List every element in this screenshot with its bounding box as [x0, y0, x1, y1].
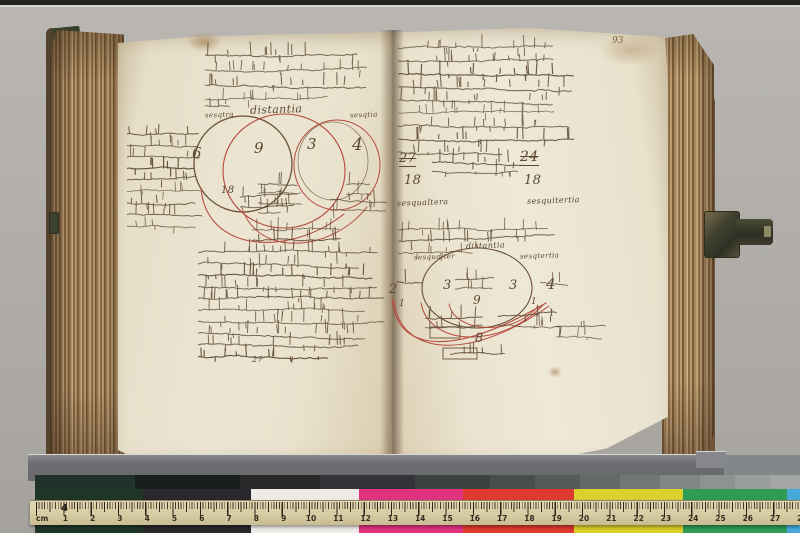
manuscript-label: 4 — [352, 137, 363, 154]
ruler-number: 3 — [117, 514, 122, 523]
grayscale-step — [415, 475, 490, 489]
ruler-number: 12 — [360, 514, 370, 523]
manuscript-label: 27 — [252, 356, 263, 364]
ruler-number: 6 — [199, 514, 204, 523]
manuscript-label: 18 — [404, 174, 421, 187]
ruler-number: 9 — [281, 514, 286, 523]
manuscript-label: sesqtia — [350, 112, 378, 120]
grayscale-step — [35, 475, 135, 489]
grayscale-step — [535, 475, 580, 489]
ruler-unit-label: cm — [36, 514, 48, 523]
grayscale-step — [490, 475, 535, 489]
grayscale-step — [135, 475, 240, 489]
grayscale-step — [620, 475, 660, 489]
metal-clasp — [704, 211, 740, 258]
ruler-number: 8 — [254, 514, 259, 523]
manuscript-label: 27 — [399, 152, 416, 167]
grayscale-step — [735, 475, 770, 489]
manuscript-label: 9 — [473, 294, 481, 306]
manuscript-label: 24 — [520, 150, 539, 166]
page-stain — [598, 34, 662, 66]
grayscale-step — [580, 475, 620, 489]
ruler-number: 24 — [688, 514, 698, 523]
ruler-number: 27 — [770, 514, 780, 523]
manuscript-page-left — [118, 32, 392, 472]
manuscript-photo: distantiasesqtrasesqtia6934182727182418s… — [0, 0, 800, 533]
ruler-number: 4 — [145, 514, 150, 523]
grayscale-step-strip — [35, 475, 800, 489]
manuscript-label: sesqtra — [205, 111, 234, 119]
grayscale-step — [770, 475, 800, 489]
ruler-number: 11 — [333, 514, 343, 523]
ruler-number: 20 — [579, 514, 589, 523]
manuscript-label: 1 — [399, 300, 405, 309]
ruler-number: 7 — [226, 514, 231, 523]
ruler-number: 1 — [63, 514, 68, 523]
manuscript-label: 8 — [475, 332, 484, 345]
grayscale-step — [240, 475, 320, 489]
ruler-number: 25 — [715, 514, 725, 523]
page-stain — [548, 366, 562, 378]
manuscript-label: 3 — [307, 137, 317, 152]
manuscript-label: 1 — [531, 298, 537, 307]
ruler-number: 23 — [661, 514, 671, 523]
manuscript-label: distantia — [250, 103, 303, 116]
board-shadow — [724, 455, 800, 476]
ruler-number: 21 — [606, 514, 616, 523]
manuscript-label: sesqualter — [414, 253, 455, 261]
centimetre-ruler: cm 4 12345678910111213141516171819202122… — [30, 500, 800, 525]
ruler-number: 26 — [743, 514, 753, 523]
manuscript-label: 18 — [524, 174, 541, 187]
ruler-end-mark: 4 — [61, 503, 68, 514]
ruler-number: 16 — [470, 514, 480, 523]
manuscript-label: 3 — [509, 279, 518, 292]
metal-clasp-tip — [764, 226, 771, 237]
book-gutter-shadow — [380, 30, 404, 478]
folio-number: 93 — [612, 36, 623, 46]
manuscript-label: sesqtertia — [520, 252, 560, 260]
grayscale-step — [700, 475, 735, 489]
ruler-number: 15 — [442, 514, 452, 523]
calibration-board-corner — [696, 451, 726, 468]
manuscript-label: 2 — [389, 283, 398, 296]
ruler-number: 22 — [633, 514, 643, 523]
ruler-number: 10 — [306, 514, 316, 523]
manuscript-label: 6 — [192, 146, 202, 161]
ruler-number: 2 — [90, 514, 95, 523]
manuscript-label: 18 — [221, 186, 235, 196]
table-edge-highlight — [0, 5, 800, 7]
ruler-number: 5 — [172, 514, 177, 523]
clasp-catch — [49, 212, 59, 234]
ruler-number: 14 — [415, 514, 425, 523]
grayscale-step — [660, 475, 700, 489]
manuscript-label: distantia — [466, 241, 505, 250]
page-stain — [186, 32, 222, 52]
ruler-number: 18 — [524, 514, 534, 523]
grayscale-step — [320, 475, 415, 489]
page-edge-stack-left — [50, 30, 124, 476]
ruler-number: 19 — [551, 514, 561, 523]
manuscript-label: 3 — [443, 279, 452, 292]
ruler-number: 17 — [497, 514, 507, 523]
manuscript-label: 4 — [546, 277, 556, 292]
ruler-number: 13 — [388, 514, 398, 523]
manuscript-label: 9 — [254, 141, 264, 156]
